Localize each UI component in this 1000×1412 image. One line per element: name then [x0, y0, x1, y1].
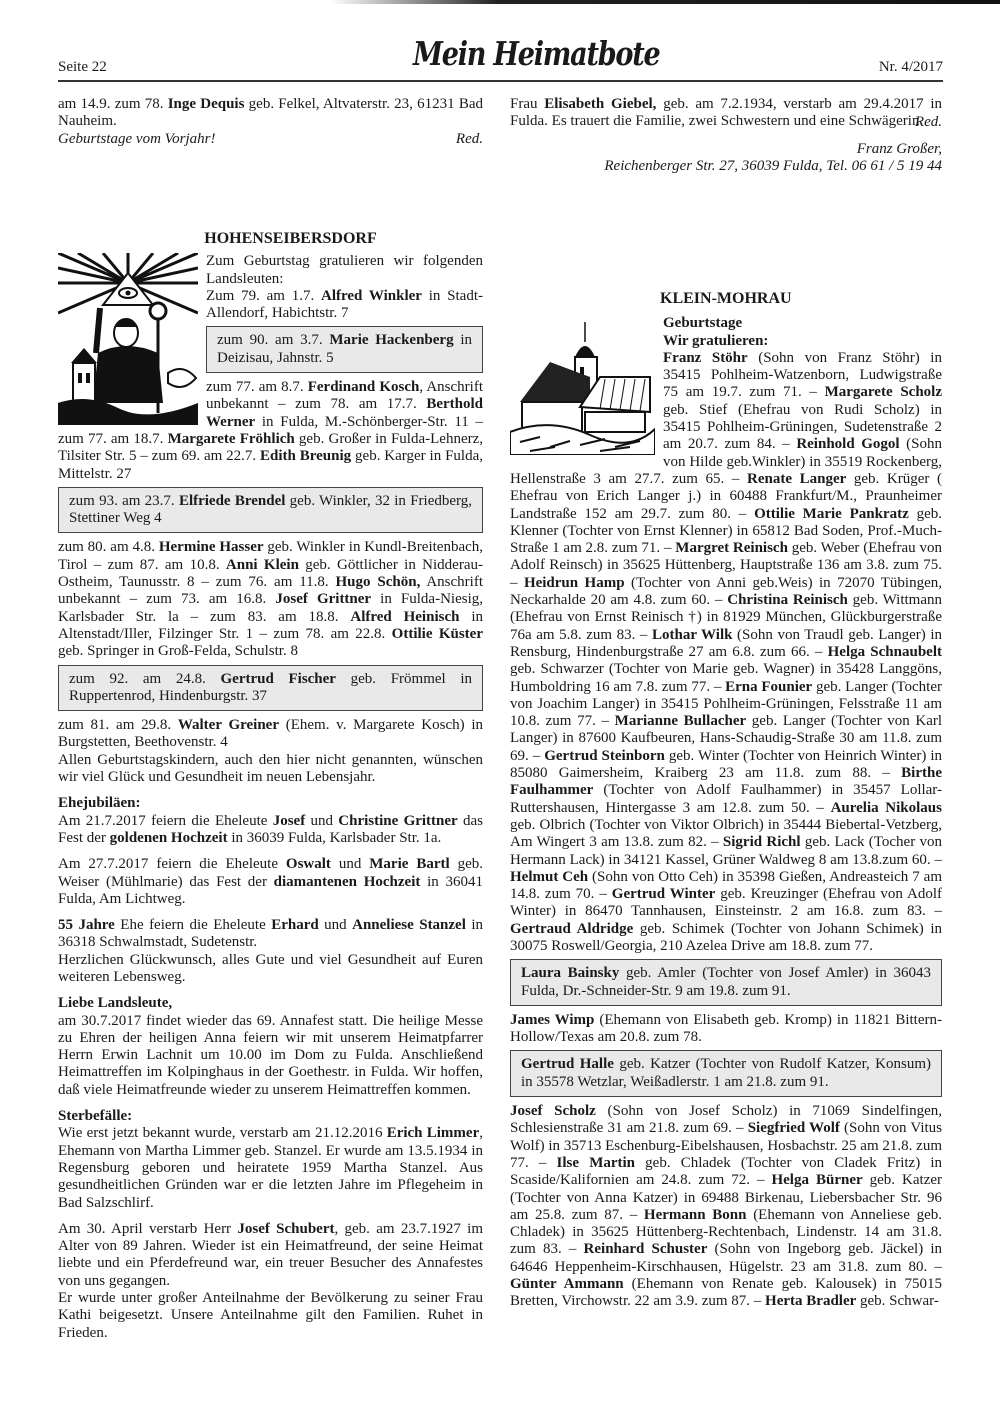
paragraph: 55 Jahre Ehe feiern die Eheleute Erhard … — [58, 917, 483, 952]
person-name: Josef Schubert — [237, 1221, 334, 1237]
person-name: Hugo Schön, — [336, 574, 421, 590]
author-address: Reichenberger Str. 27, 36039 Fulda, Tel.… — [604, 158, 942, 174]
paragraph: Am 27.7.2017 feiern die Eheleute Oswalt … — [58, 856, 483, 908]
person-name: Hermann Bonn — [644, 1207, 747, 1223]
page-number: Seite 22 — [58, 59, 107, 76]
person-name: Reinhold Gogol — [796, 436, 899, 452]
page-header: Seite 22 Mein Heimatbote Nr. 4/2017 — [58, 28, 943, 80]
person-name: diamantenen Hochzeit — [274, 874, 421, 890]
person-name: Erna Founier — [725, 679, 812, 695]
scan-edge — [330, 0, 1000, 4]
person-name: Elisabeth Giebel, — [544, 96, 656, 112]
paragraph: am 30.7.2017 findet wieder das 69. Annaf… — [58, 1013, 483, 1099]
person-name: Inge Dequis — [168, 96, 245, 112]
person-name: Christine Grittner — [338, 813, 457, 829]
top-right-fragment: Frau Elisabeth Giebel, geb. am 7.2.1934,… — [510, 96, 942, 175]
paragraph: Josef Scholz (Sohn von Josef Scholz) in … — [510, 1103, 942, 1311]
person-name: Erhard — [271, 917, 319, 933]
section-hohenseibersdorf: HOHENSEIBERSDORF — [58, 230, 483, 1342]
woodcut-illustration — [58, 253, 198, 425]
person-name: Laura Bainsky — [521, 965, 619, 981]
person-name: Alfred Heinisch — [350, 609, 459, 625]
person-name: Marie Hackenberg — [329, 332, 453, 348]
person-name: Siegfried Wolf — [748, 1120, 840, 1136]
person-name: Reinhard Schuster — [584, 1241, 708, 1257]
highlight-box: zum 93. am 23.7. Elfriede Brendel geb. W… — [58, 487, 483, 534]
person-name: Anni Klein — [226, 557, 299, 573]
person-name: Franz Stöhr — [663, 350, 748, 366]
person-name: Marianne Bullacher — [615, 713, 746, 729]
subheading: Liebe Landsleute, — [58, 995, 172, 1011]
paragraph: zum 80. am 4.8. Hermine Hasser geb. Wink… — [58, 539, 483, 660]
paragraph: Er wurde unter großer Anteilnahme der Be… — [58, 1290, 483, 1342]
person-name: Lothar Wilk — [652, 627, 732, 643]
highlight-box: Gertrud Halle geb. Katzer (Tochter von R… — [510, 1050, 942, 1097]
subheading: Geburtstage — [663, 315, 742, 331]
highlight-box: zum 90. am 3.7. Marie Hackenberg in Deiz… — [206, 326, 483, 373]
person-name: Ferdinand Kosch — [308, 379, 420, 395]
issue-number: Nr. 4/2017 — [879, 59, 943, 76]
section-title: HOHENSEIBERSDORF — [58, 230, 483, 247]
person-name: Helmut Ceh — [510, 869, 588, 885]
person-name: Helga Bürner — [771, 1172, 862, 1188]
person-name: goldenen Hochzeit — [110, 830, 228, 846]
note: Geburtstage vom Vorjahr! — [58, 131, 216, 148]
church-icon — [510, 317, 655, 455]
person-name: Sigrid Richl — [723, 834, 801, 850]
person-name: Helga Schnaubelt — [828, 644, 942, 660]
anniversary-wish: Herzlichen Glückwunsch, alles Gute und v… — [58, 952, 483, 987]
person-name: Heidrun Hamp — [524, 575, 625, 591]
birthday-wish: Allen Geburtstagskindern, auch den hier … — [58, 752, 483, 787]
person-name: Gertrud Steinborn — [544, 748, 665, 764]
saint-woodcut-icon — [58, 253, 198, 425]
person-name: Ottilie Küster — [392, 626, 483, 642]
person-name: Alfred Winkler — [321, 288, 422, 304]
signature: Red. — [456, 131, 483, 148]
person-name: Elfriede Brendel — [179, 493, 285, 509]
person-name: Renate Langer — [747, 471, 846, 487]
person-name: Edith Breunig — [260, 448, 351, 464]
masthead-logo: Mein Heimatbote — [413, 34, 660, 73]
person-name: Josef Grittner — [275, 591, 371, 607]
section-klein-mohrau: KLEIN-MOHRAU Geburtstage Wir gratulieren… — [510, 290, 942, 1311]
person-name: Gertrud Halle — [521, 1056, 614, 1072]
person-name: Gertraud Aldridge — [510, 921, 633, 937]
person-name: Margret Reinisch — [675, 540, 788, 556]
signature: Red. — [915, 114, 942, 130]
person-name: Gertrud Fischer — [221, 671, 336, 687]
top-left-fragment: am 14.9. zum 78. Inge Dequis geb. Felkel… — [58, 96, 483, 148]
person-name: Oswalt — [286, 856, 331, 872]
header-rule — [58, 80, 943, 82]
person-name: Margarete Scholz — [825, 384, 942, 400]
person-name: Ottilie Marie Pankratz — [754, 506, 909, 522]
person-name: Gertrud Winter — [612, 886, 716, 902]
subheading: Ehejubiläen: — [58, 795, 141, 811]
highlight-box: Laura Bainsky geb. Amler (Tochter von Jo… — [510, 959, 942, 1006]
person-name: Walter Greiner — [178, 717, 279, 733]
person-name: Anneliese Stanzel — [352, 917, 466, 933]
person-name: James Wimp — [510, 1012, 594, 1028]
highlight-box: zum 92. am 24.8. Gertrud Fischer geb. Fr… — [58, 665, 483, 712]
paragraph: Wie erst jetzt bekannt wurde, verstarb a… — [58, 1125, 483, 1211]
person-name: Hermine Hasser — [159, 539, 264, 555]
subheading: Sterbefälle: — [58, 1108, 132, 1124]
subheading: Wir gratulieren: — [663, 333, 768, 349]
person-name: Günter Ammann — [510, 1276, 624, 1292]
person-name: Aurelia Nikolaus — [831, 800, 942, 816]
person-name: Herta Bradler — [765, 1293, 856, 1309]
person-name: Marie Bartl — [369, 856, 449, 872]
section-title: KLEIN-MOHRAU — [510, 290, 942, 307]
paragraph: Am 30. April verstarb Herr Josef Schuber… — [58, 1221, 483, 1290]
person-name: Ilse Martin — [557, 1155, 635, 1171]
author-name: Franz Großer, — [857, 141, 942, 157]
person-name: Christina Reinisch — [727, 592, 848, 608]
person-name: Josef Scholz — [510, 1103, 596, 1119]
person-name: 55 Jahre — [58, 917, 115, 933]
paragraph: Am 21.7.2017 feiern die Eheleute Josef u… — [58, 813, 483, 848]
person-name: Erich Limmer — [387, 1125, 480, 1141]
person-name: Margarete Fröhlich — [168, 431, 295, 447]
person-name: Josef — [273, 813, 306, 829]
church-illustration — [510, 317, 655, 455]
